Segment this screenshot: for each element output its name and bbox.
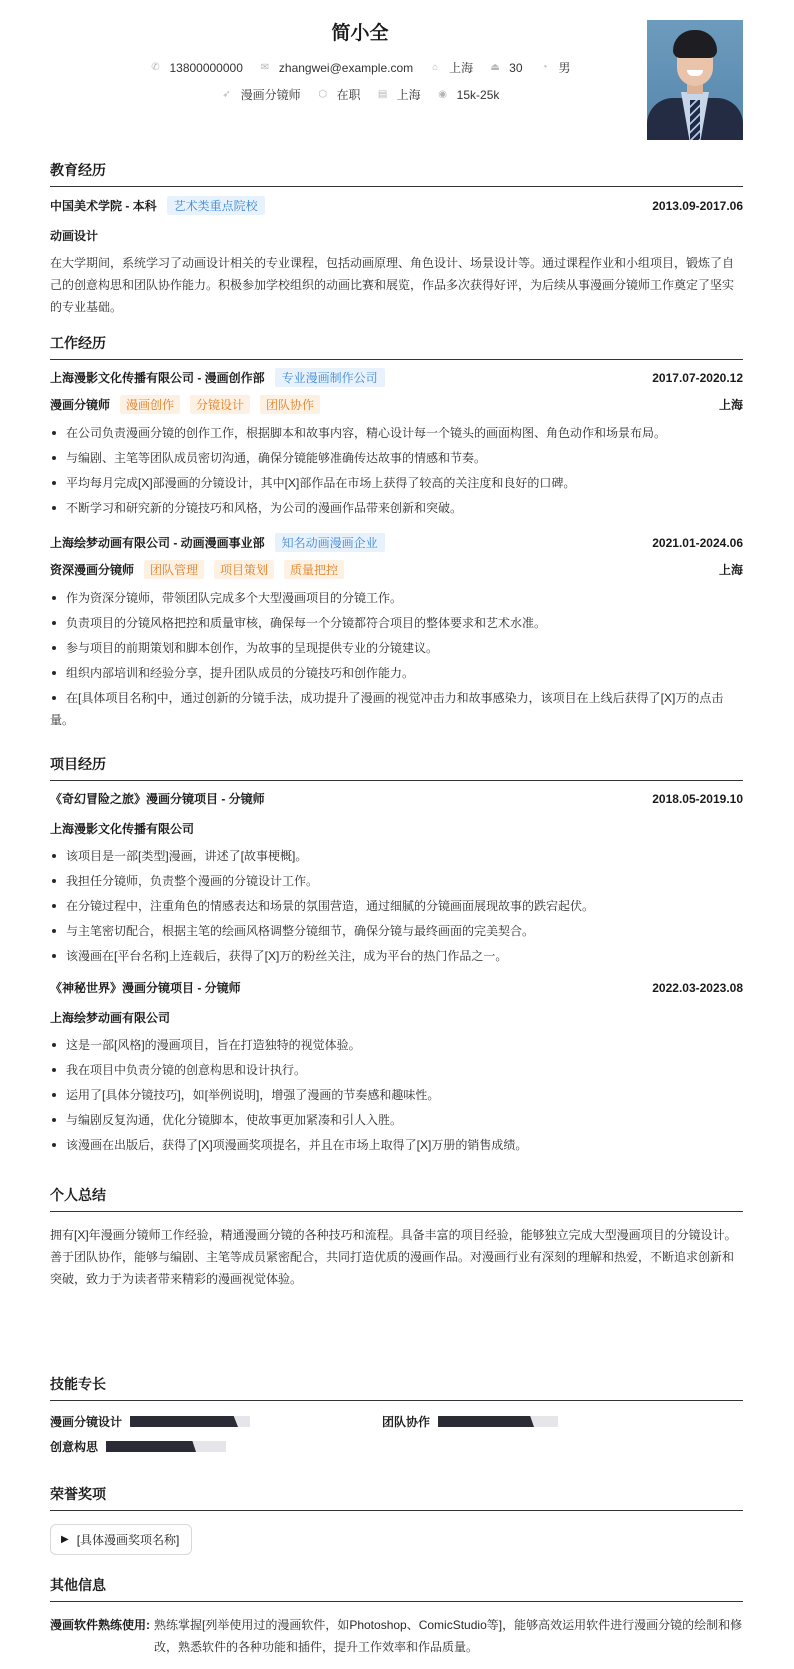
summary-text: 拥有[X]年漫画分镜师工作经验，精通漫画分镜的各种技巧和流程。具备丰富的项目经验…	[50, 1224, 743, 1290]
work-bullets: 在公司负责漫画分镜的创作工作，根据脚本和故事内容，精心设计每一个镜头的画面构图、…	[50, 422, 743, 519]
skill-bar	[438, 1416, 558, 1427]
target-position-text: 漫画分镜师	[241, 86, 301, 103]
skill-name: 创意构思	[50, 1438, 98, 1455]
phone-info: ✆ 13800000000	[149, 61, 242, 75]
other-item: 漫画软件熟练使用: 熟练掌握[列举使用过的漫画软件，如Photoshop、Com…	[50, 1614, 743, 1658]
send-icon: ➶	[221, 89, 233, 101]
work-date: 2017.07-2020.12	[652, 371, 743, 385]
project-company: 上海绘梦动画有限公司	[50, 1009, 743, 1026]
email-text: zhangwei@example.com	[279, 61, 413, 75]
work-entry: 上海绘梦动画有限公司 - 动画漫画事业部 知名动画漫画企业 2021.01-20…	[50, 533, 743, 734]
list-item: 与编剧反复沟通，优化分镜脚本，使故事更加紧凑和引人入胜。	[50, 1109, 743, 1131]
list-item: 我在项目中负责分镜的创意构思和设计执行。	[50, 1059, 743, 1081]
education-section: 教育经历	[50, 160, 743, 187]
salary-info: ◉ 15k-25k	[437, 88, 500, 102]
project-name: 《奇幻冒险之旅》漫画分镜项目 - 分镜师	[50, 790, 265, 807]
skill-bar	[130, 1416, 250, 1427]
list-item: 该漫画在出版后，获得了[X]项漫画奖项提名，并且在市场上取得了[X]万册的销售成…	[50, 1134, 743, 1156]
list-item: 负责项目的分镜风格把控和质量审核，确保每一个分镜都符合项目的整体要求和艺术水准。	[50, 612, 743, 634]
list-item: 平均每月完成[X]部漫画的分镜设计，其中[X]部作品在市场上获得了较高的关注度和…	[50, 472, 743, 494]
school-name: 中国美术学院 - 本科	[50, 197, 157, 214]
section-title-other: 其他信息	[50, 1575, 743, 1602]
mail-icon: ✉	[259, 62, 271, 74]
skill-item: 创意构思	[50, 1438, 226, 1455]
company-tag: 知名动画漫画企业	[275, 533, 385, 552]
skill-bar	[106, 1441, 226, 1452]
skill-bar-fill	[130, 1416, 238, 1427]
salary-icon: ◉	[437, 89, 449, 101]
other-section: 其他信息 漫画软件熟练使用: 熟练掌握[列举使用过的漫画软件，如Photosho…	[50, 1575, 743, 1658]
profile-photo	[647, 20, 743, 140]
gender-text: 男	[559, 59, 571, 76]
employment-status-text: 在职	[337, 86, 361, 103]
company-tag: 专业漫画制作公司	[275, 368, 385, 387]
project-company: 上海漫影文化传播有限公司	[50, 820, 743, 837]
education-entry: 中国美术学院 - 本科 艺术类重点院校 2013.09-2017.06 动画设计…	[50, 196, 743, 318]
target-position-info: ➶ 漫画分镜师	[221, 86, 301, 103]
list-item: 与编剧、主笔等团队成员密切沟通，确保分镜能够准确传达故事的情感和节奏。	[50, 447, 743, 469]
list-item: 我担任分镜师，负责整个漫画的分镜设计工作。	[50, 870, 743, 892]
work-section: 工作经历	[50, 333, 743, 360]
list-item: 在[具体项目名称]中，通过创新的分镜手法，成功提升了漫画的视觉冲击力和故事感染力…	[50, 687, 743, 731]
skill-bar-fill	[438, 1416, 534, 1427]
salary-text: 15k-25k	[457, 88, 500, 102]
section-title-skills: 技能专长	[50, 1374, 743, 1401]
phone-icon: ✆	[149, 62, 161, 74]
job-role: 资深漫画分镜师	[50, 561, 134, 578]
skill-tag: 团队管理	[144, 560, 204, 579]
project-bullets: 这是一部[风格]的漫画项目，旨在打造独特的视觉体验。 我在项目中负责分镜的创意构…	[50, 1034, 743, 1156]
age-info: ⏏ 30	[489, 61, 522, 75]
school-tag: 艺术类重点院校	[167, 196, 265, 215]
contact-info-row: ✆ 13800000000 ✉ zhangwei@example.com ⌂ 上…	[50, 59, 670, 76]
work-date: 2021.01-2024.06	[652, 536, 743, 550]
skill-tag: 项目策划	[214, 560, 274, 579]
work-location: 上海	[719, 561, 743, 578]
skill-item: 团队协作	[382, 1413, 558, 1430]
award-item-toggle[interactable]: ▶ [具体漫画奖项名称]	[50, 1524, 192, 1555]
list-item: 这是一部[风格]的漫画项目，旨在打造独特的视觉体验。	[50, 1034, 743, 1056]
summary-section: 个人总结 拥有[X]年漫画分镜师工作经验，精通漫画分镜的各种技巧和流程。具备丰富…	[50, 1185, 743, 1290]
projects-section: 项目经历	[50, 754, 743, 781]
project-name: 《神秘世界》漫画分镜项目 - 分镜师	[50, 979, 241, 996]
list-item: 参与项目的前期策划和脚本创作，为故事的呈现提供专业的分镜建议。	[50, 637, 743, 659]
education-description: 在大学期间，系统学习了动画设计相关的专业课程，包括动画原理、角色设计、场景设计等…	[50, 252, 743, 318]
list-item: 在公司负责漫画分镜的创作工作，根据脚本和故事内容，精心设计每一个镜头的画面构图、…	[50, 422, 743, 444]
section-title-projects: 项目经历	[50, 754, 743, 781]
section-title-education: 教育经历	[50, 160, 743, 187]
other-item-value: 熟练掌握[列举使用过的漫画软件，如Photoshop、ComicStudio等]…	[154, 1614, 743, 1658]
job-role: 漫画分镜师	[50, 396, 110, 413]
skill-bar-fill	[106, 1441, 196, 1452]
company-name: 上海绘梦动画有限公司 - 动画漫画事业部	[50, 534, 265, 551]
project-date: 2018.05-2019.10	[652, 792, 743, 806]
education-date: 2013.09-2017.06	[652, 199, 743, 213]
list-item: 在分镜过程中，注重角色的情感表达和场景的氛围营造，通过细腻的分镜画面展现故事的跌…	[50, 895, 743, 917]
section-title-work: 工作经历	[50, 333, 743, 360]
section-title-summary: 个人总结	[50, 1185, 743, 1212]
target-city-info: ▤ 上海	[377, 86, 421, 103]
age-icon: ⏏	[489, 62, 501, 74]
age-text: 30	[509, 61, 522, 75]
section-title-awards: 荣誉奖项	[50, 1484, 743, 1511]
project-date: 2022.03-2023.08	[652, 981, 743, 995]
status-icon: ⬡	[317, 89, 329, 101]
list-item: 组织内部培训和经验分享，提升团队成员的分镜技巧和创作能力。	[50, 662, 743, 684]
skill-name: 漫画分镜设计	[50, 1413, 122, 1430]
phone-text: 13800000000	[169, 61, 242, 75]
resume-header: 简小全 ✆ 13800000000 ✉ zhangwei@example.com…	[50, 0, 743, 150]
skill-tag: 漫画创作	[120, 395, 180, 414]
project-entry: 《奇幻冒险之旅》漫画分镜项目 - 分镜师 2018.05-2019.10 上海漫…	[50, 790, 743, 970]
residence-text: 上海	[449, 59, 473, 76]
work-bullets: 作为资深分镜师，带领团队完成多个大型漫画项目的分镜工作。 负责项目的分镜风格把控…	[50, 587, 743, 731]
skills-section: 技能专长	[50, 1374, 743, 1401]
building-icon: ▤	[377, 89, 389, 101]
project-entry: 《神秘世界》漫画分镜项目 - 分镜师 2022.03-2023.08 上海绘梦动…	[50, 979, 743, 1159]
residence-info: ⌂ 上海	[429, 59, 473, 76]
work-location: 上海	[719, 396, 743, 413]
gender-info: ◔ 男	[539, 59, 571, 76]
home-icon: ⌂	[429, 62, 441, 74]
skill-tag: 质量把控	[284, 560, 344, 579]
list-item: 该漫画在[平台名称]上连载后，获得了[X]万的粉丝关注，成为平台的热门作品之一。	[50, 945, 743, 967]
awards-section: 荣誉奖项	[50, 1484, 743, 1511]
list-item: 作为资深分镜师，带领团队完成多个大型漫画项目的分镜工作。	[50, 587, 743, 609]
job-intent-row: ➶ 漫画分镜师 ⬡ 在职 ▤ 上海 ◉ 15k-25k	[50, 86, 670, 103]
award-label: [具体漫画奖项名称]	[77, 1531, 180, 1548]
skill-tag: 分镜设计	[190, 395, 250, 414]
company-name: 上海漫影文化传播有限公司 - 漫画创作部	[50, 369, 265, 386]
skill-tag: 团队协作	[260, 395, 320, 414]
candidate-name: 简小全	[50, 18, 670, 45]
resume-page: 简小全 ✆ 13800000000 ✉ zhangwei@example.com…	[50, 0, 743, 150]
skill-item: 漫画分镜设计	[50, 1413, 250, 1430]
gender-icon: ◔	[539, 62, 551, 74]
triangle-right-icon: ▶	[61, 1534, 69, 1545]
skill-name: 团队协作	[382, 1413, 430, 1430]
employment-status-info: ⬡ 在职	[317, 86, 361, 103]
work-entry: 上海漫影文化传播有限公司 - 漫画创作部 专业漫画制作公司 2017.07-20…	[50, 368, 743, 522]
project-bullets: 该项目是一部[类型]漫画，讲述了[故事梗概]。 我担任分镜师，负责整个漫画的分镜…	[50, 845, 743, 967]
target-city-text: 上海	[397, 86, 421, 103]
list-item: 运用了[具体分镜技巧]，如[举例说明]，增强了漫画的节奏感和趣味性。	[50, 1084, 743, 1106]
list-item: 该项目是一部[类型]漫画，讲述了[故事梗概]。	[50, 845, 743, 867]
list-item: 与主笔密切配合，根据主笔的绘画风格调整分镜细节，确保分镜与最终画面的完美契合。	[50, 920, 743, 942]
major: 动画设计	[50, 227, 743, 244]
list-item: 不断学习和研究新的分镜技巧和风格，为公司的漫画作品带来创新和突破。	[50, 497, 743, 519]
other-item-label: 漫画软件熟练使用:	[50, 1614, 150, 1658]
email-info: ✉ zhangwei@example.com	[259, 61, 413, 75]
